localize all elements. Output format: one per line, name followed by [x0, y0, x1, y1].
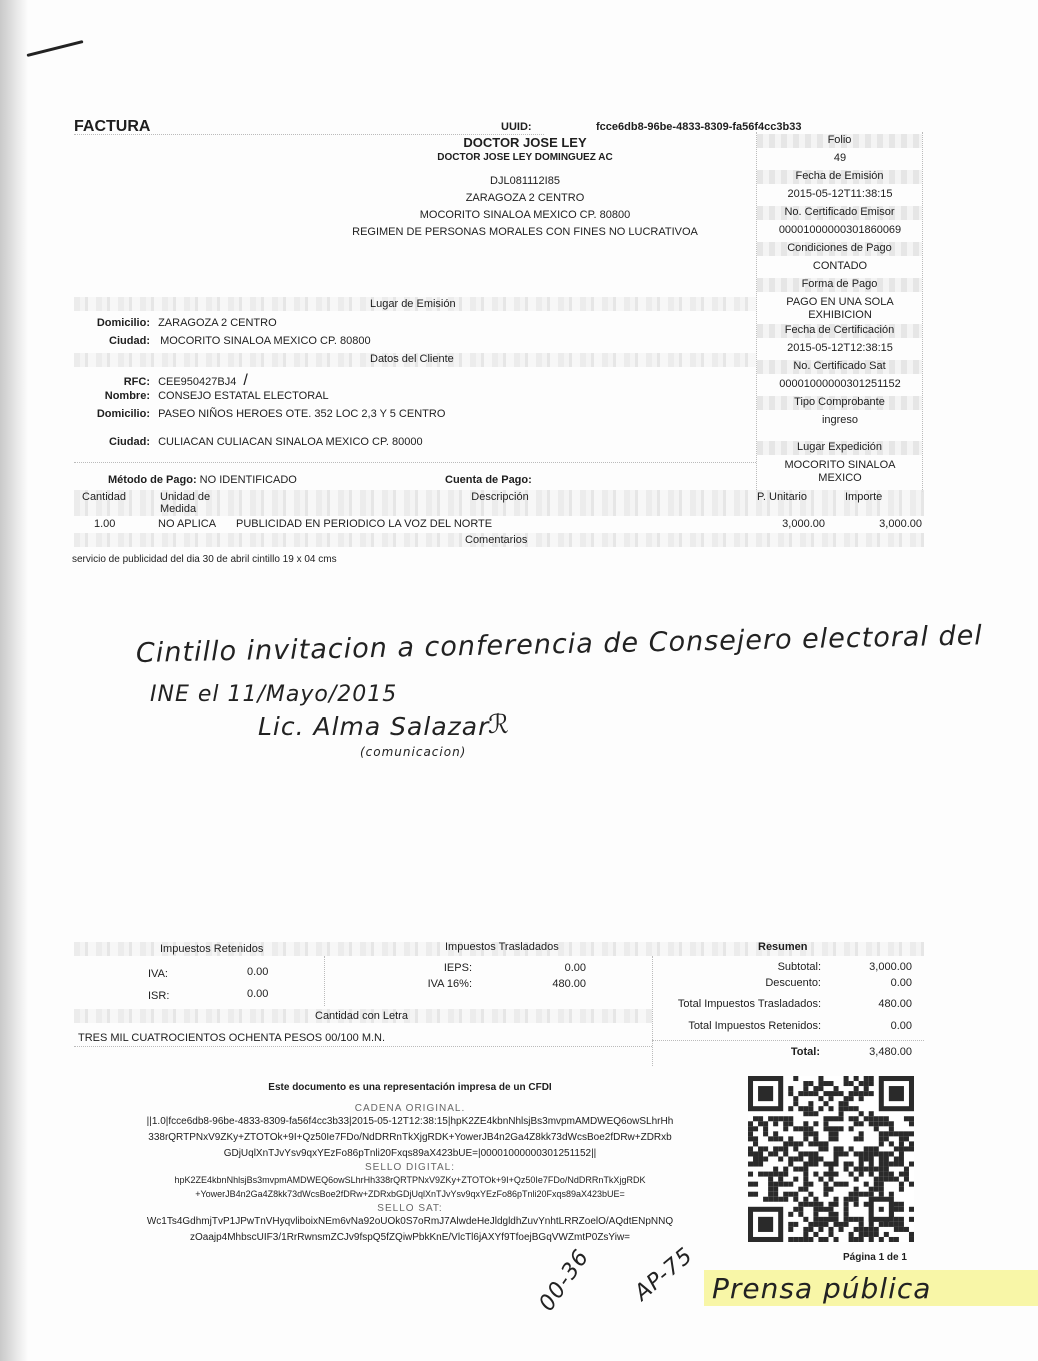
letra-header: Cantidad con Letra — [315, 1010, 408, 1022]
cliente-rfc: RFC: CEE950427BJ4 / — [60, 372, 248, 390]
cuenta-pago: Cuenta de Pago: — [445, 474, 532, 486]
domicilio-value: PASEO NIÑOS HEROES OTE. 352 LOC 2,3 Y 5 … — [158, 408, 445, 420]
side-panel-value: 00001000000301251152 — [765, 378, 915, 391]
resumen-label: Descuento: — [655, 977, 821, 989]
side-panel-label: Forma de Pago — [757, 278, 922, 290]
domicilio-label: Domicilio: — [60, 408, 150, 420]
items-column-header: Descripción — [440, 491, 560, 503]
ciudad-label: Ciudad: — [60, 436, 150, 448]
total-divider — [652, 1040, 924, 1041]
rfc-label: RFC: — [60, 376, 150, 388]
handwritten-code-2: AP-75 — [630, 1243, 698, 1306]
letra-value: TRES MIL CUATROCIENTOS OCHENTA PESOS 00/… — [78, 1032, 385, 1044]
uuid-label: UUID: — [501, 121, 532, 133]
check-mark: / — [243, 372, 247, 389]
resumen-label: Subtotal: — [655, 961, 821, 973]
impuestos-divider — [324, 956, 325, 1006]
metodo-label: Método de Pago: — [108, 474, 197, 486]
side-panel-label: No. Certificado Emisor — [757, 206, 922, 218]
sello-sat: Wc1Ts4GdhmjTvP1JPwTnVHyqvliboixNEm6vNa92… — [90, 1214, 730, 1246]
resumen-value: 0.00 — [830, 977, 912, 989]
cliente-header: Datos del Cliente — [370, 353, 454, 365]
cadena-label: CADENA ORIGINAL. — [90, 1103, 730, 1114]
sello-digital-label: SELLO DIGITAL: — [90, 1162, 730, 1173]
side-panel-value: 00001000000301860069 — [765, 224, 915, 237]
side-panel-border-left — [756, 132, 757, 492]
trasladado-label: IVA 16%: — [400, 978, 472, 990]
items-column-header: P. Unitario — [757, 491, 817, 503]
side-panel-value: MOCORITO SINALOA MEXICO — [765, 459, 915, 485]
handwritten-signature-name: Lic. Alma Salazar — [258, 712, 489, 741]
handwritten-note-line1: Cintillo invitacion a conferencia de Con… — [136, 620, 983, 669]
items-column-header: Importe — [845, 491, 895, 503]
lugar-emision-domicilio: Domicilio: ZARAGOZA 2 CENTRO — [60, 317, 277, 329]
total-label: Total: — [700, 1046, 820, 1058]
pen-mark — [26, 40, 83, 57]
retenido-value: 0.00 — [247, 988, 268, 1000]
side-panel-value: 2015-05-12T11:38:15 — [765, 188, 915, 201]
side-panel-border-right — [922, 132, 923, 492]
impuestos-retenidos-header: Impuestos Retenidos — [160, 943, 263, 955]
side-panel-value: 49 — [765, 152, 915, 165]
comentarios-text: servicio de publicidad del dia 30 de abr… — [72, 554, 337, 565]
side-panel-value: 2015-05-12T12:38:15 — [765, 342, 915, 355]
resumen-label: Total Impuestos Trasladados: — [655, 998, 821, 1010]
side-panel-label: Fecha de Certificación — [757, 324, 922, 336]
cadena-line: ||1.0|fcce6db8-96be-4833-8309-fa56f4cc3b… — [90, 1114, 730, 1130]
retenido-label: ISR: — [148, 990, 169, 1002]
emisor-rfc: DJL081112I85 — [300, 175, 750, 187]
emisor-block: DOCTOR JOSE LEY DOCTOR JOSE LEY DOMINGUE… — [300, 135, 750, 238]
ciudad-value: CULIACAN CULIACAN SINALOA MEXICO CP. 800… — [158, 436, 423, 448]
emisor-regime: REGIMEN DE PERSONAS MORALES CON FINES NO… — [300, 226, 750, 238]
page-number: Página 1 de 1 — [843, 1252, 907, 1263]
cfdi-block: Este documento es una representación imp… — [90, 1082, 730, 1246]
retenido-value: 0.00 — [247, 966, 268, 978]
scan-edge-shadow — [0, 0, 28, 1361]
side-panel-value: PAGO EN UNA SOLA EXHIBICION — [765, 296, 915, 322]
lugar-emision-ciudad: Ciudad: MOCORITO SINALOA MEXICO CP. 8080… — [60, 335, 371, 347]
side-panel-label: Condiciones de Pago — [757, 242, 922, 254]
side-panel-value: CONTADO — [765, 260, 915, 273]
letra-divider — [74, 1046, 652, 1047]
trasladado-label: IEPS: — [400, 962, 472, 974]
metodo-pago: Método de Pago: NO IDENTIFICADO — [108, 474, 297, 486]
ciudad-label: Ciudad: — [60, 335, 150, 347]
resumen-value: 0.00 — [830, 1020, 912, 1032]
sello-sat-label: SELLO SAT: — [90, 1203, 730, 1214]
sello-sat-line: zOaajp4MhbscUIF3/1RrRwnsmZCJv9fspQ5fZQiw… — [90, 1230, 730, 1246]
side-panel-label: No. Certificado Sat — [757, 360, 922, 372]
items-column-header: Unidad de Medida — [160, 491, 220, 515]
cliente-nombre: Nombre: CONSEJO ESTATAL ELECTORAL — [60, 390, 329, 402]
side-panel-value: ingreso — [765, 414, 915, 427]
cliente-ciudad: Ciudad: CULIACAN CULIACAN SINALOA MEXICO… — [60, 436, 423, 448]
emisor-city: MOCORITO SINALOA MEXICO CP. 80800 — [300, 209, 750, 221]
item-descripcion: PUBLICIDAD EN PERIODICO LA VOZ DEL NORTE — [236, 518, 492, 530]
qr-code — [748, 1076, 914, 1242]
domicilio-value: ZARAGOZA 2 CENTRO — [158, 317, 277, 329]
item-unidad: NO APLICA — [158, 518, 216, 530]
domicilio-label: Domicilio: — [60, 317, 150, 329]
side-panel-label: Fecha de Emisión — [757, 170, 922, 182]
handwritten-label: Prensa pública — [712, 1272, 931, 1305]
items-column-header: Cantidad — [82, 491, 122, 503]
handwritten-department: (comunicacion) — [360, 745, 466, 759]
resumen-value: 3,000.00 — [830, 961, 912, 973]
sello-digital-line: +YowerJB4n2Ga4Z8kk73dWcsBoe2fDRw+ZDRxbGD… — [90, 1187, 730, 1201]
handwritten-note-line2: INE el 11/Mayo/2015 — [150, 682, 397, 707]
retenido-label: IVA: — [148, 968, 168, 980]
pago-divider — [74, 462, 756, 463]
lugar-emision-header: Lugar de Emisión — [370, 298, 456, 310]
uuid-value: fcce6db8-96be-4833-8309-fa56f4cc3b33 — [596, 121, 801, 133]
sello-sat-line: Wc1Ts4GdhmjTvP1JPwTnVHyqvliboixNEm6vNa92… — [90, 1214, 730, 1230]
signature-mark: ℛ — [488, 710, 510, 740]
cfdi-notice: Este documento es una representación imp… — [90, 1082, 730, 1093]
ciudad-value: MOCORITO SINALOA MEXICO CP. 80800 — [160, 335, 371, 347]
impuestos-trasladados-header: Impuestos Trasladados — [445, 941, 559, 953]
trasladado-value: 480.00 — [520, 978, 586, 990]
item-unitario: 3,000.00 — [760, 518, 825, 530]
comentarios-header: Comentarios — [465, 534, 527, 546]
resumen-value: 480.00 — [830, 998, 912, 1010]
emisor-name: DOCTOR JOSE LEY — [300, 135, 750, 150]
nombre-value: CONSEJO ESTATAL ELECTORAL — [158, 390, 329, 402]
sello-digital: hpK2ZE4kbnNhlsjBs3mvpmAMDWEQ6owSLhrHh338… — [90, 1173, 730, 1201]
side-panel-label: Tipo Comprobante — [757, 396, 922, 408]
emisor-legal-name: DOCTOR JOSE LEY DOMINGUEZ AC — [300, 152, 750, 163]
total-value: 3,480.00 — [830, 1046, 912, 1058]
side-panel-label: Lugar Expedición — [757, 441, 922, 453]
item-cantidad: 1.00 — [94, 518, 115, 530]
metodo-value: NO IDENTIFICADO — [200, 474, 297, 486]
resumen-header: Resumen — [758, 941, 808, 953]
rfc-value: CEE950427BJ4 — [158, 376, 236, 388]
emisor-address: ZARAGOZA 2 CENTRO — [300, 192, 750, 204]
cadena-original: ||1.0|fcce6db8-96be-4833-8309-fa56f4cc3b… — [90, 1114, 730, 1162]
trasladado-value: 0.00 — [520, 962, 586, 974]
cuenta-label: Cuenta de Pago: — [445, 474, 532, 486]
sello-digital-line: hpK2ZE4kbnNhlsjBs3mvpmAMDWEQ6owSLhrHh338… — [90, 1173, 730, 1187]
resumen-label: Total Impuestos Retenidos: — [655, 1020, 821, 1032]
cadena-line: 338rQRTPNxV9ZKy+ZTOTOk+9I+Qz50Ie7FDo/NdD… — [90, 1130, 730, 1146]
cadena-line: GDjUqlXnTJvYsv9qxYEzFo86pTnli20Fxqs89aX4… — [90, 1146, 730, 1162]
nombre-label: Nombre: — [60, 390, 150, 402]
cliente-domicilio: Domicilio: PASEO NIÑOS HEROES OTE. 352 L… — [60, 408, 445, 420]
side-panel-label: Folio — [757, 134, 922, 146]
resumen-divider — [652, 956, 653, 1066]
item-importe: 3,000.00 — [850, 518, 922, 530]
handwritten-code-1: 00-36 — [534, 1245, 594, 1316]
